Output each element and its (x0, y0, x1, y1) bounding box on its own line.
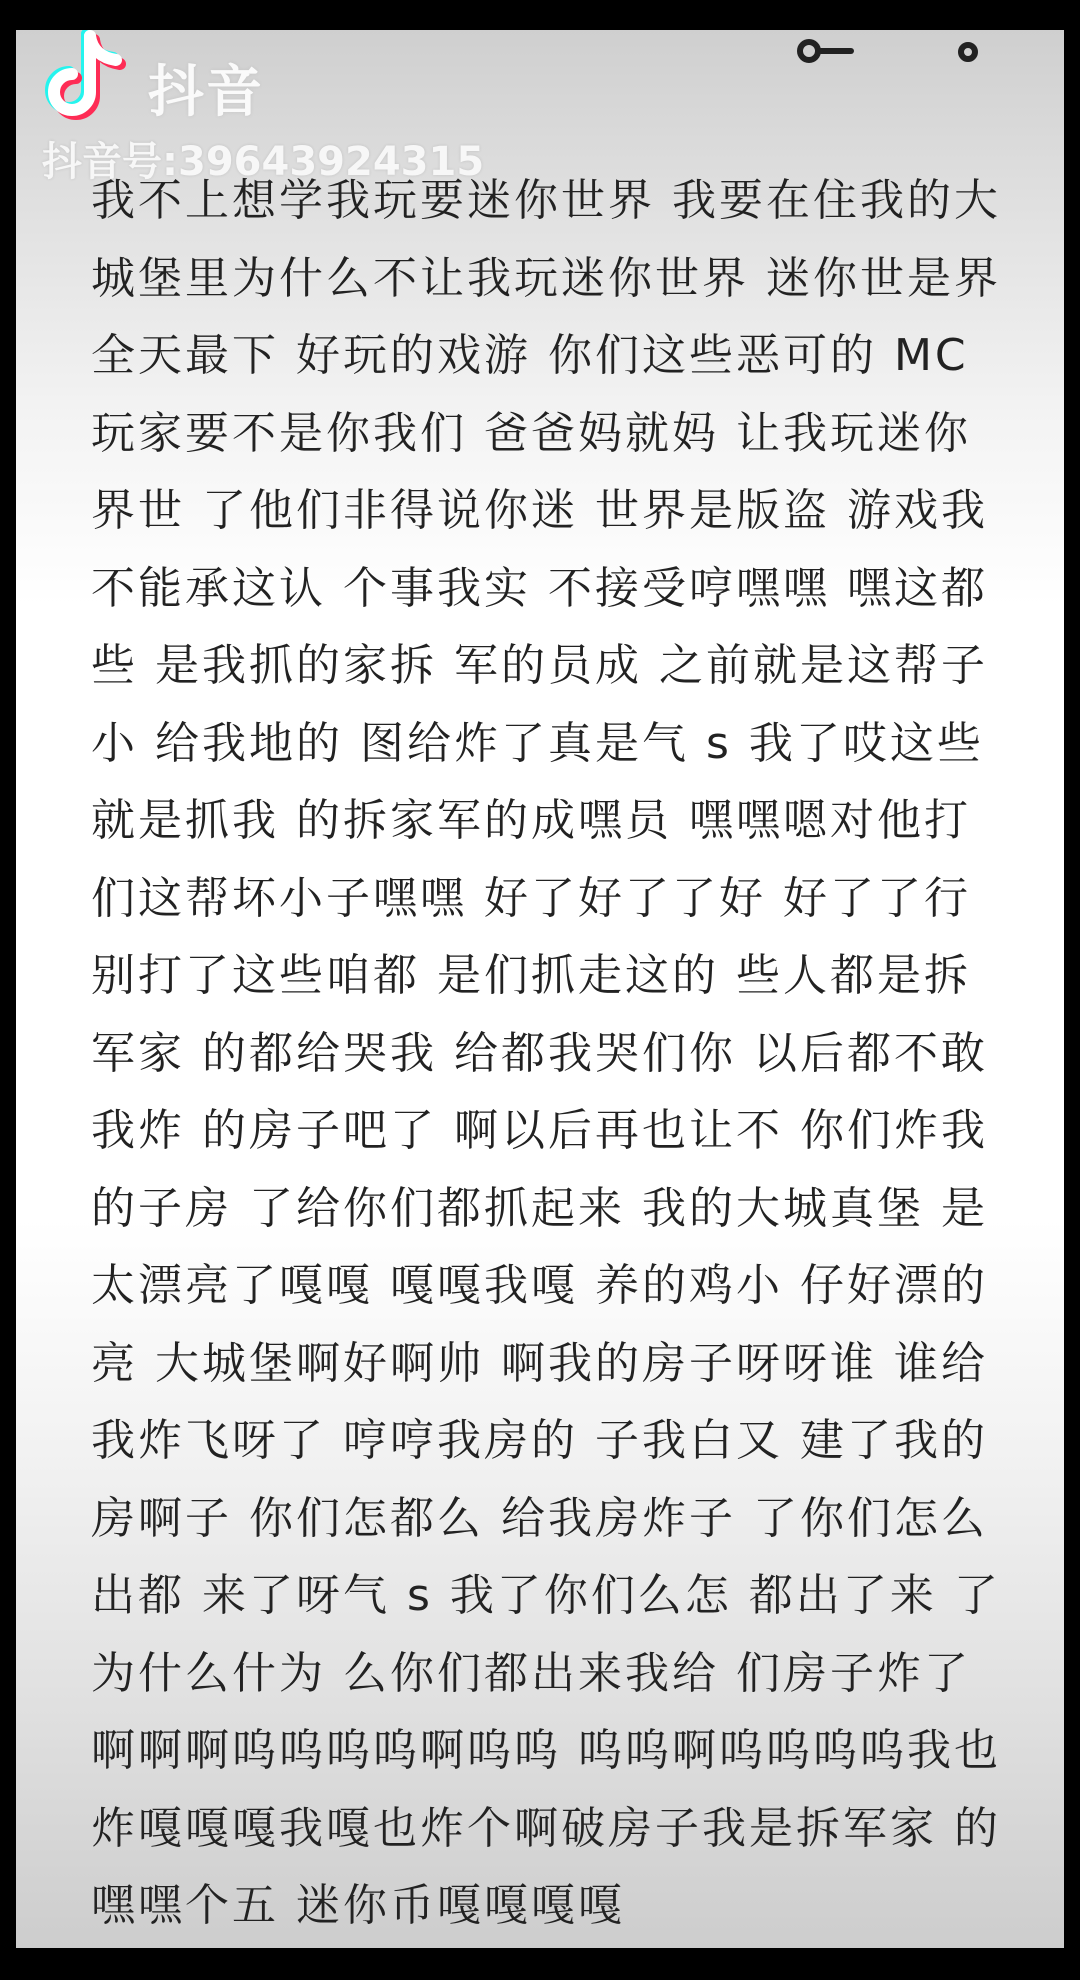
key-icon (796, 36, 862, 66)
transcript-line: 不能承这认 个事我实 不接受哼嘿嘿 嘿这都 (91, 550, 1051, 628)
transcript-line: 我不上想学我玩要迷你世界 我要在住我的大 (91, 162, 1051, 240)
transcript-line: 为什么什为 么你们都出来我给 们房子炸了 (91, 1635, 1051, 1713)
transcript-line: 城堡里为什么不让我玩迷你世界 迷你世是界 (91, 240, 1051, 318)
douyin-logo-icon (38, 30, 148, 130)
transcript-line: 全天最下 好玩的戏游 你们这些恶可的 MC (91, 317, 1051, 395)
transcript-line: 玩家要不是你我们 爸爸妈就妈 让我玩迷你 (91, 395, 1051, 473)
transcript-line: 太漂亮了嘎嘎 嘎嘎我嘎 养的鸡小 仔好漂的 (91, 1247, 1051, 1325)
transcript-line: 我炸 的房子吧了 啊以后再也让不 你们炸我 (91, 1092, 1051, 1170)
transcript-line: 的子房 了给你们都抓起来 我的大城真堡 是 (91, 1170, 1051, 1248)
transcript-line: 嘿嘿个五 迷你币嘎嘎嘎嘎 (91, 1867, 1051, 1945)
transcript-line: 房啊子 你们怎都么 给我房炸子 了你们怎么 (91, 1480, 1051, 1558)
transcript-line: 小 给我地的 图给炸了真是气 s 我了哎这些 (91, 705, 1051, 783)
transcript-line: 啊啊啊呜呜呜呜啊呜呜 呜呜啊呜呜呜呜我也 (91, 1712, 1051, 1790)
transcript-line: 们这帮坏小子嘿嘿 好了好了了好 好了了行 (91, 860, 1051, 938)
transcript-line: 些 是我抓的家拆 军的员成 之前就是这帮子 (91, 627, 1051, 705)
transcript-line: 出都 来了呀气 s 我了你们么怎 都出了来 了 (91, 1557, 1051, 1635)
transcript-line: 军家 的都给哭我 给都我哭们你 以后都不敢 (91, 1015, 1051, 1093)
video-frame: 抖音 抖音号:39643924315 我不上想学我玩要迷你世界 我要在住我的大 … (16, 30, 1064, 1948)
transcript-line: 炸嘎嘎嘎我嘎也炸个啊破房子我是拆军家 的 (91, 1790, 1051, 1868)
ring-icon (954, 36, 982, 66)
transcript-line: 亮 大城堡啊好啊帅 啊我的房子呀呀谁 谁给 (91, 1325, 1051, 1403)
transcript-text: 我不上想学我玩要迷你世界 我要在住我的大 城堡里为什么不让我玩迷你世界 迷你世是… (91, 162, 1051, 1945)
transcript-line: 别打了这些咱都 是们抓走这的 些人都是拆 (91, 937, 1051, 1015)
transcript-line: 就是抓我 的拆家军的成嘿员 嘿嘿嗯对他打 (91, 782, 1051, 860)
transcript-line: 界世 了他们非得说你迷 世界是版盗 游戏我 (91, 472, 1051, 550)
brand-name: 抖音 (148, 48, 264, 128)
transcript-line: 我炸飞呀了 哼哼我房的 子我白又 建了我的 (91, 1402, 1051, 1480)
